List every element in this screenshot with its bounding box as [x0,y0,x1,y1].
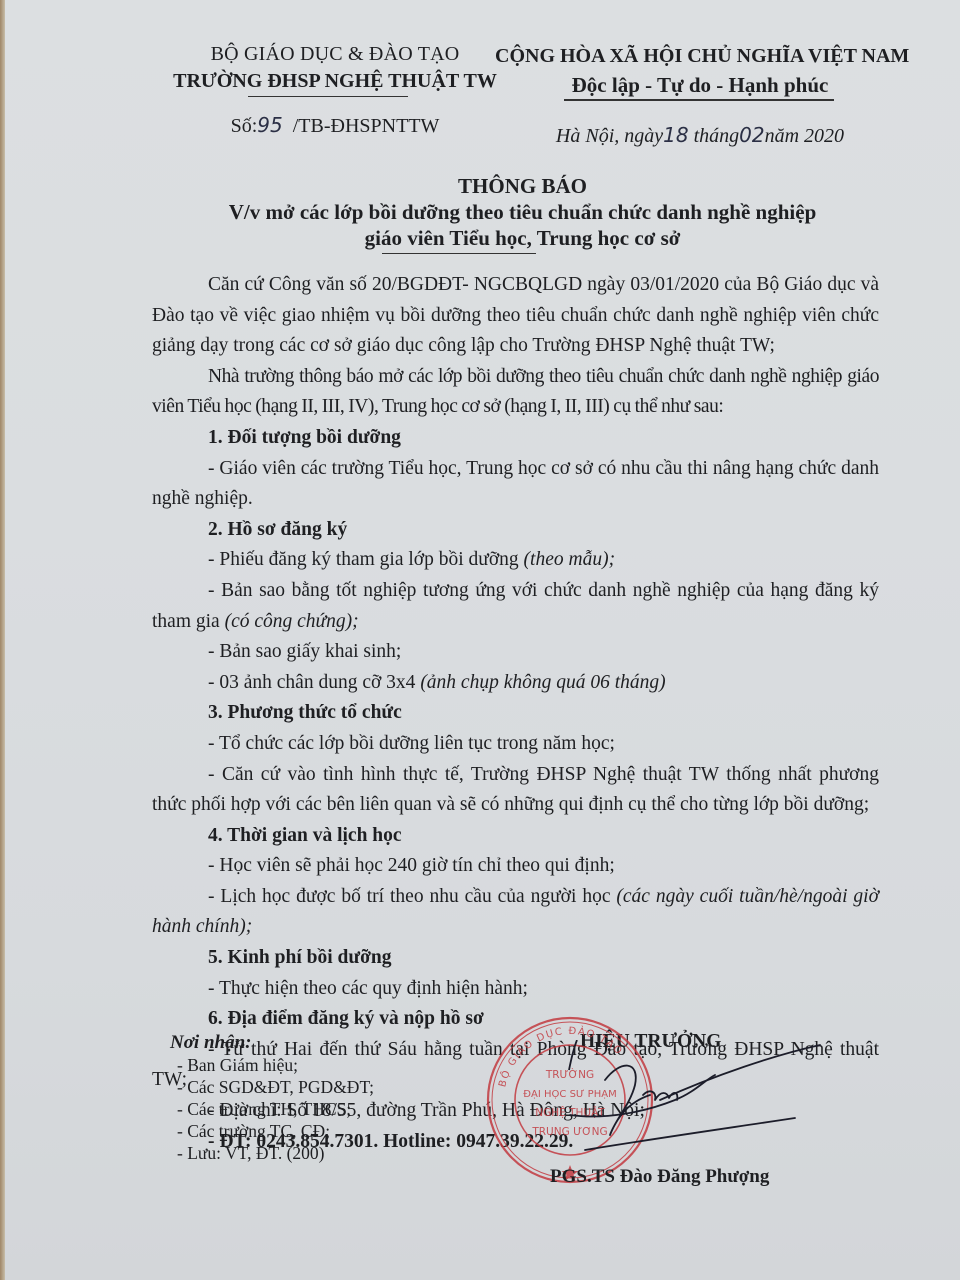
section-4-item-1: - Học viên sẽ phải học 240 giờ tín chỉ t… [152,851,879,882]
date-year: năm 2020 [765,125,844,147]
intro-paragraph-1: Căn cứ Công văn số 20/BGDĐT- NGCBQLGD ng… [152,270,879,362]
recipient-item: - Lưu: VT, ĐT. (200) [177,1143,325,1164]
handwritten-signature [565,1040,825,1160]
document-number: Số:95 /TB-ĐHSPNTTW [155,113,515,138]
document-title: THÔNG BÁO [5,174,960,199]
header-left-underline [248,96,408,97]
recipient-item: - Các trường TH, THCS; [177,1099,351,1120]
motto-underline [564,99,834,101]
section-heading-5: 5. Kinh phí bồi dưỡng [152,943,879,974]
section-heading-1: 1. Đối tượng bồi dưỡng [152,423,879,454]
section-3-item-1: - Tổ chức các lớp bồi dưỡng liên tục tro… [152,729,879,760]
document-subtitle-line-1: V/v mở các lớp bồi dưỡng theo tiêu chuẩn… [5,200,960,225]
section-1-item-1: - Giáo viên các trường Tiểu học, Trung h… [152,454,879,515]
section-5-item-1: - Thực hiện theo các quy định hiện hành; [152,974,879,1005]
item-note: (ảnh chụp không quá 06 tháng) [420,672,665,693]
document-subtitle-line-2: giáo viên Tiểu học, Trung học cơ sở [5,226,960,251]
issue-date: Hà Nội, ngày18 tháng02năm 2020 [495,123,905,148]
recipient-item: - Các SGD&ĐT, PGD&ĐT; [177,1077,374,1098]
date-month-label: tháng [694,125,740,147]
title-underline [382,253,536,254]
section-heading-3: 3. Phương thức tổ chức [152,698,879,729]
ministry-name: BỘ GIÁO DỤC & ĐÀO TẠO [155,43,515,66]
section-heading-2: 2. Hồ sơ đăng ký [152,515,879,546]
country-name: CỘNG HÒA XÃ HỘI CHỦ NGHĨA VIỆT NAM [495,45,905,68]
date-month-handwritten: 02 [739,123,764,147]
intro-paragraph-2: Nhà trường thông báo mở các lớp bồi dưỡn… [152,362,879,423]
section-4-item-2: - Lịch học được bố trí theo nhu cầu của … [152,882,879,943]
recipient-item: - Ban Giám hiệu; [177,1055,298,1076]
document-page: BỘ GIÁO DỤC & ĐÀO TẠO TRƯỜNG ĐHSP NGHỆ T… [5,0,960,1280]
date-prefix: Hà Nội, ngày [556,125,663,147]
item-text: - Bản sao giấy khai sinh; [208,641,401,662]
date-day-handwritten: 18 [663,123,688,147]
section-2-item-2: - Bản sao bằng tốt nghiệp tương ứng với … [152,576,879,637]
item-text: - Phiếu đăng ký tham gia lớp bồi dưỡng [208,549,524,570]
section-2-item-3: - Bản sao giấy khai sinh; [152,637,879,668]
recipients-title: Nơi nhận: [170,1032,251,1054]
section-2-item-4: - 03 ảnh chân dung cỡ 3x4 (ảnh chụp khôn… [152,668,879,699]
document-number-prefix: Số: [231,115,258,137]
school-name: TRƯỜNG ĐHSP NGHỆ THUẬT TW [155,70,515,93]
section-heading-4: 4. Thời gian và lịch học [152,821,879,852]
item-text: - Tổ chức các lớp bồi dưỡng liên tục tro… [208,733,615,754]
item-text: - Học viên sẽ phải học 240 giờ tín chỉ t… [208,855,615,876]
item-note: (theo mẫu); [524,549,616,570]
recipient-item: - Các trường TC, CĐ; [177,1121,330,1142]
document-number-suffix: /TB-ĐHSPNTTW [293,115,440,137]
section-3-item-2: - Căn cứ vào tình hình thực tế, Trường Đ… [152,760,879,821]
document-number-handwritten: 95 [257,113,282,137]
item-note: (có công chứng); [225,611,359,632]
national-motto: Độc lập - Tự do - Hạnh phúc [495,73,905,98]
signatory-name: PGS.TS Đào Đăng Phượng [550,1166,769,1188]
item-text: - Lịch học được bố trí theo nhu cầu của … [208,886,616,907]
section-2-item-1: - Phiếu đăng ký tham gia lớp bồi dưỡng (… [152,545,879,576]
item-text: - Giáo viên các trường Tiểu học, Trung h… [152,458,879,510]
item-text: - Căn cứ vào tình hình thực tế, Trường Đ… [152,764,879,816]
item-text: - Thực hiện theo các quy định hiện hành; [208,978,528,999]
item-text: - 03 ảnh chân dung cỡ 3x4 [208,672,420,693]
